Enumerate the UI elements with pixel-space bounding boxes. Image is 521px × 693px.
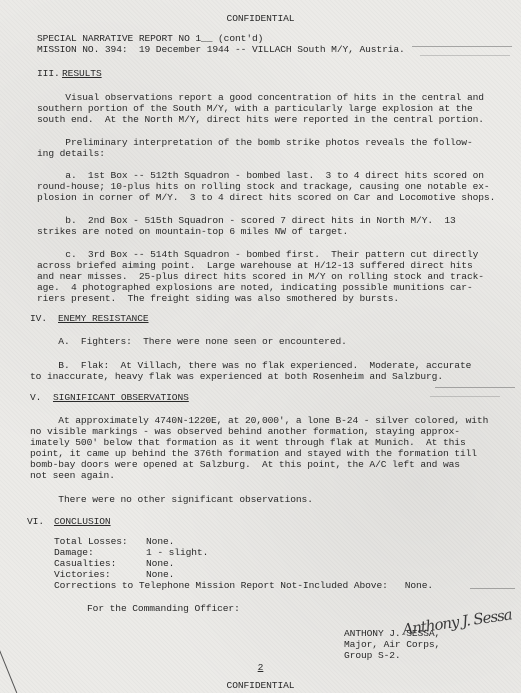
stray-rule (470, 588, 515, 589)
section-title-enemy-resistance: ENEMY RESISTANCE (58, 313, 149, 324)
signer-unit: Group S-2. (344, 650, 401, 661)
stray-rule (435, 387, 515, 388)
stray-rule (420, 55, 510, 56)
fighters-line: A. Fighters: There were none seen or enc… (30, 336, 347, 347)
report-title: SPECIAL NARRATIVE REPORT NO 1__ (cont'd) (37, 33, 263, 44)
section-number-enemy-resistance: IV. (30, 313, 47, 324)
document-page: CONFIDENTIAL SPECIAL NARRATIVE REPORT NO… (0, 0, 521, 693)
section-title-conclusion: CONCLUSION (54, 516, 111, 527)
section-number-conclusion: VI. (27, 516, 44, 527)
observations-closing: There were no other significant observat… (30, 494, 313, 505)
signer-name: ANTHONY J. SESSA, (344, 628, 440, 639)
page-number: 2 (0, 662, 521, 673)
mission-line: MISSION NO. 394: 19 December 1944 -- VIL… (37, 44, 405, 55)
section-number-results: III. (37, 68, 60, 79)
stray-rule (430, 396, 500, 397)
signature-for-line: For the Commanding Officer: (87, 603, 240, 614)
section-number-significant-observations: V. (30, 392, 41, 403)
classification-bottom: CONFIDENTIAL (0, 680, 521, 691)
classification-top: CONFIDENTIAL (0, 13, 521, 24)
corrections-line: Corrections to Telephone Mission Report … (54, 580, 433, 591)
section-title-results: RESULTS (62, 68, 102, 79)
stray-rule (412, 46, 512, 47)
section-title-significant-observations: SIGNIFICANT OBSERVATIONS (53, 392, 189, 403)
signer-rank: Major, Air Corps, (344, 639, 440, 650)
